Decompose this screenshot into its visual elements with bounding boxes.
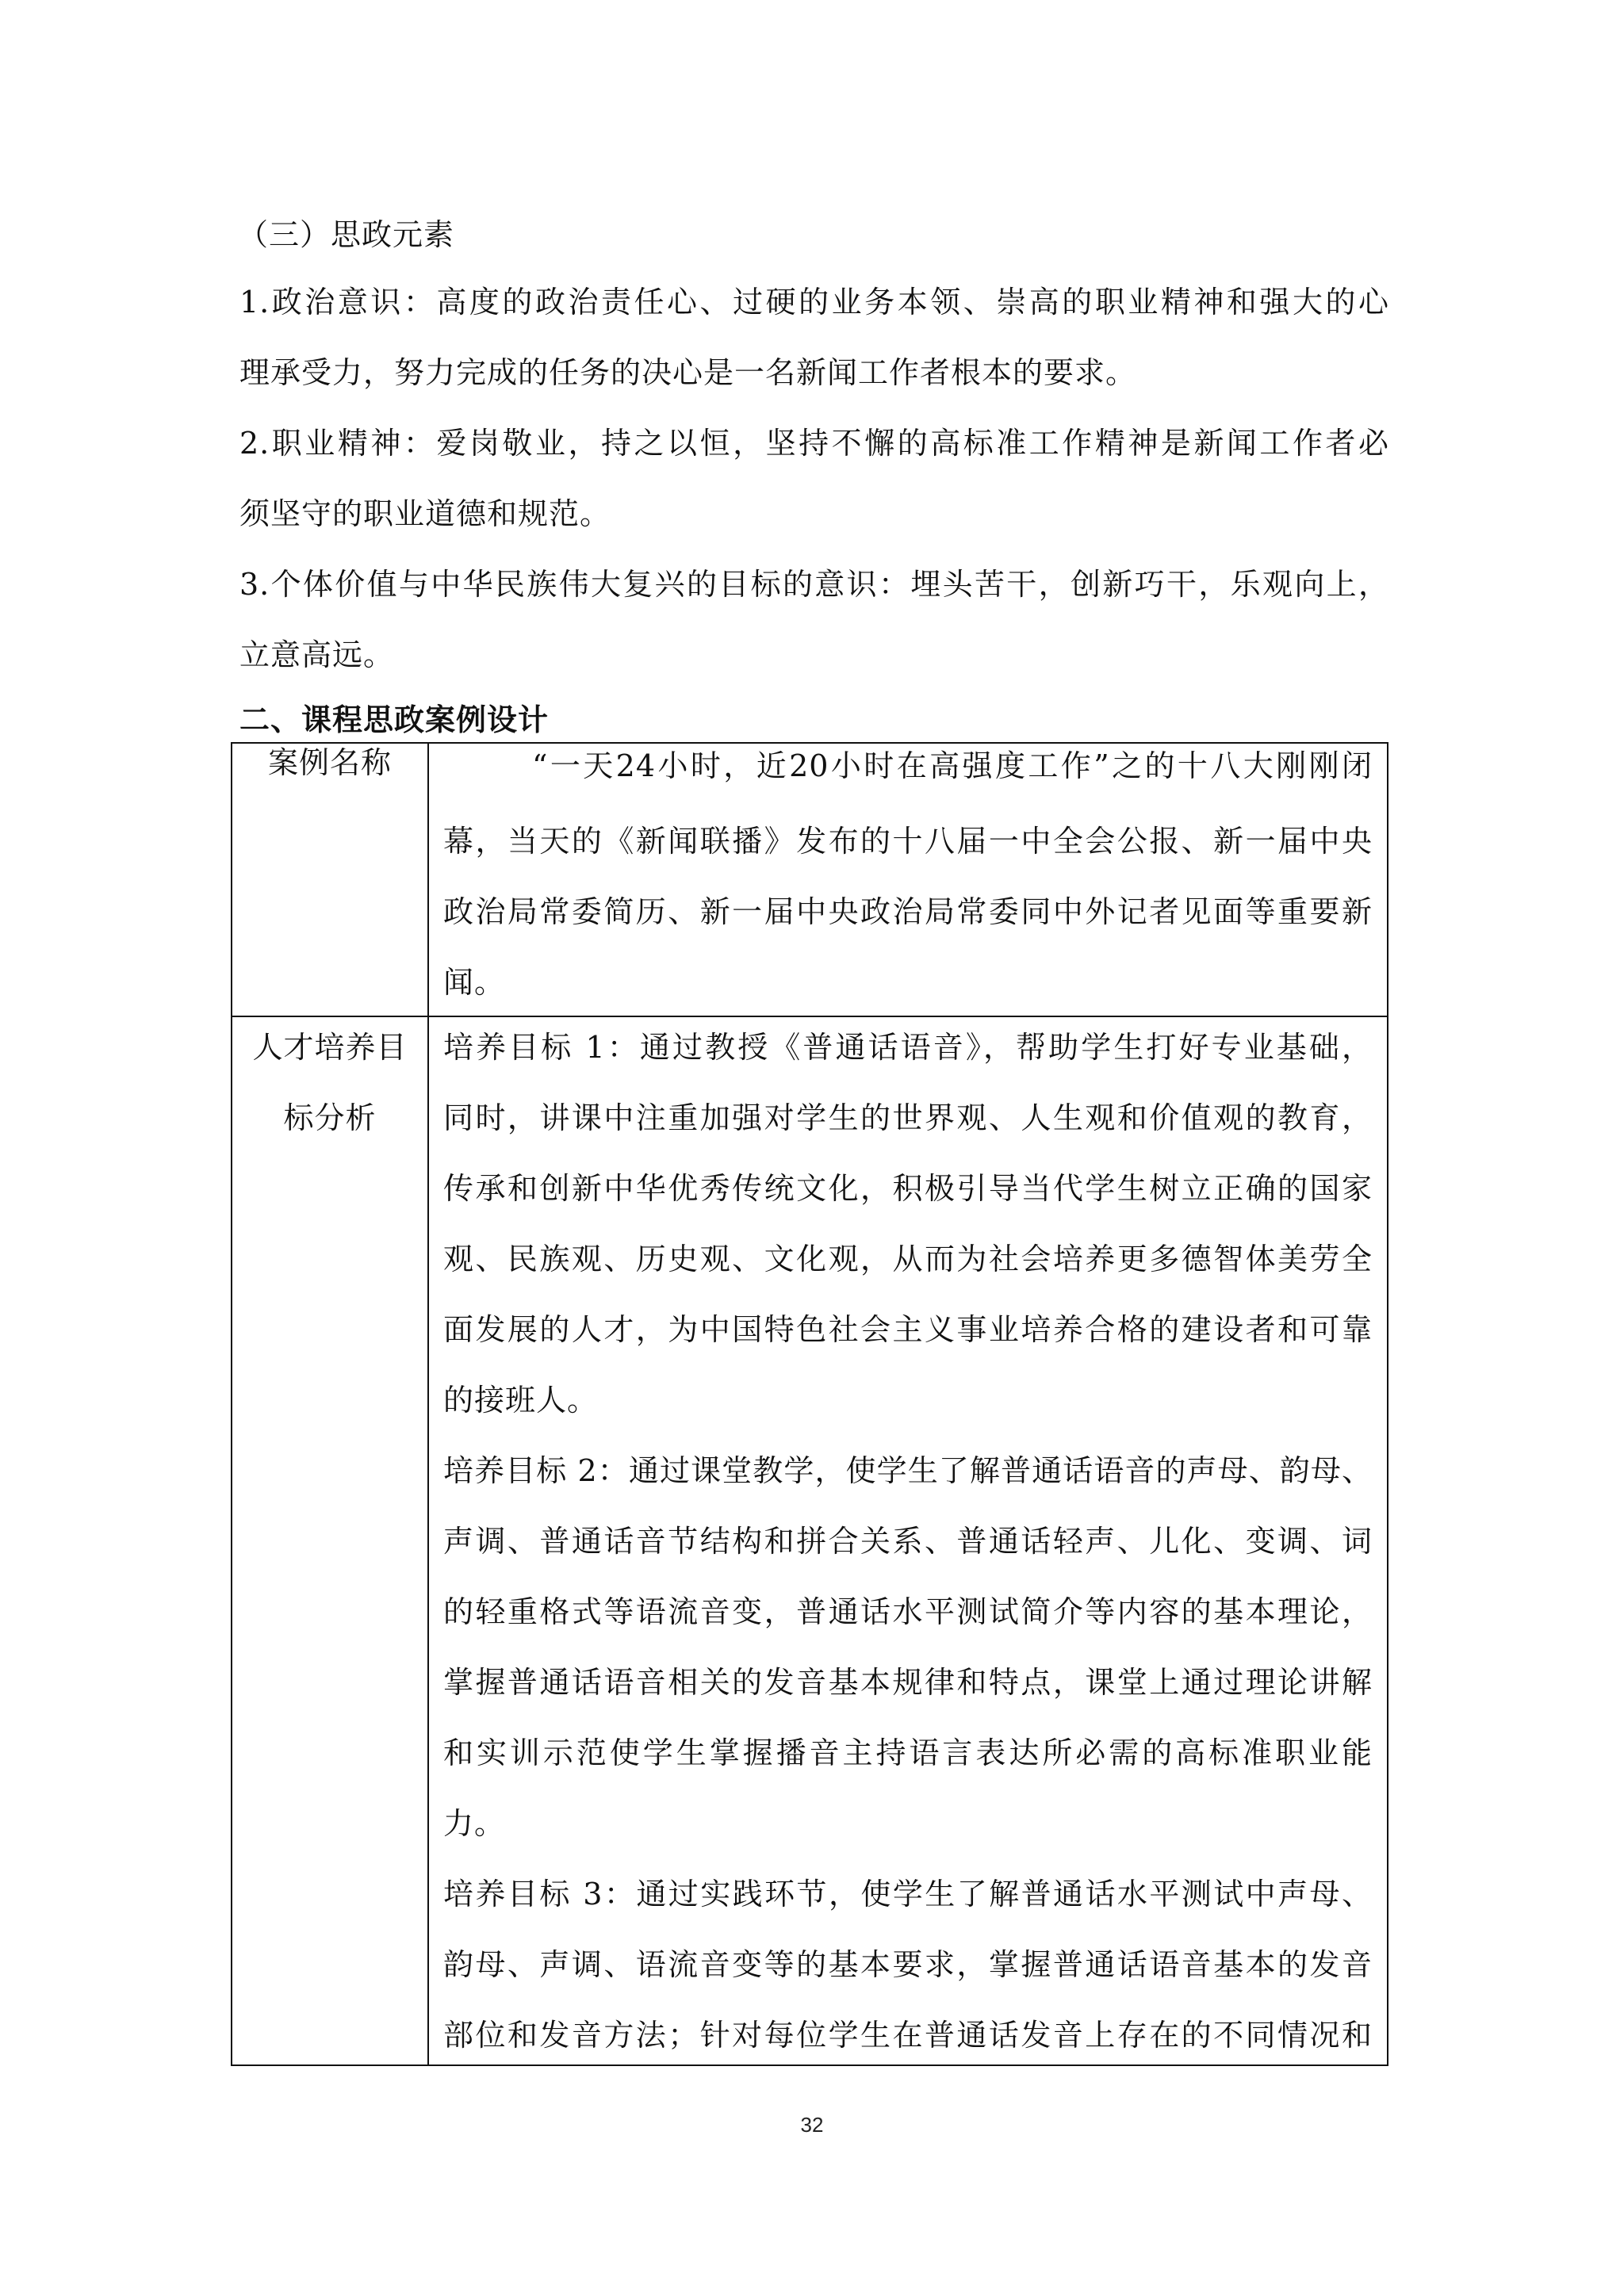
page-number: 32 — [0, 2113, 1624, 2137]
goal-line-12: 力。 — [429, 1782, 1387, 1853]
goal-line-11: 和实训示范使学生掌握播音主持语言表达所必需的高标准职业能 — [429, 1712, 1387, 1782]
talent-goals-content-cell: 培养目标 1：通过教授《普通话语音》，帮助学生打好专业基础， 同时，讲课中注重加… — [428, 1016, 1388, 2065]
goal-line-13: 培养目标 3：通过实践环节，使学生了解普通话水平测试中声母、 — [429, 1853, 1387, 1923]
goal-line-1: 培养目标 1：通过教授《普通话语音》，帮助学生打好专业基础， — [429, 1017, 1387, 1077]
goal-line-3: 传承和创新中华优秀传统文化，积极引导当代学生树立正确的国家 — [429, 1147, 1387, 1218]
case-name-label: 案例名称 — [232, 744, 427, 782]
table-row-talent-goals: 人才培养目 标分析 培养目标 1：通过教授《普通话语音》，帮助学生打好专业基础，… — [232, 1016, 1388, 2065]
table-row-case-name: 案例名称 “一天24小时，近20小时在高强度工作”之的十八大刚刚闭 幕，当天的《… — [232, 743, 1388, 1016]
case-name-line-4: 闻。 — [429, 941, 1387, 1012]
goal-line-10: 掌握普通话语音相关的发音基本规律和特点，课堂上通过理论讲解 — [429, 1641, 1387, 1712]
case-name-line-3: 政治局常委简历、新一届中央政治局常委同中外记者见面等重要新 — [429, 871, 1387, 941]
case-name-line-1: “一天24小时，近20小时在高强度工作”之的十八大刚刚闭 — [429, 744, 1387, 800]
goal-line-2: 同时，讲课中注重加强对学生的世界观、人生观和价值观的教育， — [429, 1077, 1387, 1147]
case-name-content-cell: “一天24小时，近20小时在高强度工作”之的十八大刚刚闭 幕，当天的《新闻联播》… — [428, 743, 1388, 1016]
item-2-line-2: 须坚守的职业道德和规范。 — [239, 495, 1389, 533]
design-heading: 二、课程思政案例设计 — [239, 701, 1389, 739]
goal-line-6: 的接班人。 — [429, 1359, 1387, 1429]
item-1-line-2: 理承受力，努力完成的任务的决心是一名新闻工作者根本的要求。 — [239, 354, 1389, 392]
item-3-line-2: 立意高远。 — [239, 636, 1389, 674]
item-2-line-1: 2.职业精神：爱岗敬业，持之以恒，坚持不懈的高标准工作精神是新闻工作者必 — [239, 424, 1389, 462]
goal-line-4: 观、民族观、历史观、文化观，从而为社会培养更多德智体美劳全 — [429, 1218, 1387, 1288]
talent-goals-label-line-1: 人才培养目 — [232, 1017, 427, 1077]
talent-goals-label-line-2: 标分析 — [232, 1077, 427, 1147]
case-name-line-2: 幕，当天的《新闻联播》发布的十八届一中全会公报、新一届中央 — [429, 800, 1387, 871]
case-design-table: 案例名称 “一天24小时，近20小时在高强度工作”之的十八大刚刚闭 幕，当天的《… — [231, 742, 1388, 2066]
goal-line-14: 韵母、声调、语流音变等的基本要求，掌握普通话语音基本的发音 — [429, 1923, 1387, 1994]
document-page: （三）思政元素 1.政治意识：高度的政治责任心、过硬的业务本领、崇高的职业精神和… — [0, 0, 1624, 2296]
item-3-line-1: 3.个体价值与中华民族伟大复兴的目标的意识：埋头苦干，创新巧干，乐观向上， — [239, 565, 1389, 603]
goal-line-15: 部位和发音方法；针对每位学生在普通话发音上存在的不同情况和 — [429, 1994, 1387, 2064]
goal-line-9: 的轻重格式等语流音变，普通话水平测试简介等内容的基本理论， — [429, 1571, 1387, 1641]
talent-goals-label-cell: 人才培养目 标分析 — [232, 1016, 428, 2065]
item-1-line-1: 1.政治意识：高度的政治责任心、过硬的业务本领、崇高的职业精神和强大的心 — [239, 283, 1389, 321]
goal-line-5: 面发展的人才，为中国特色社会主义事业培养合格的建设者和可靠 — [429, 1288, 1387, 1359]
section-heading: （三）思政元素 — [238, 216, 1388, 254]
goal-line-8: 声调、普通话音节结构和拼合关系、普通话轻声、儿化、变调、词 — [429, 1500, 1387, 1571]
goal-line-7: 培养目标 2：通过课堂教学，使学生了解普通话语音的声母、韵母、 — [429, 1429, 1387, 1500]
case-name-label-cell: 案例名称 — [232, 743, 428, 1016]
